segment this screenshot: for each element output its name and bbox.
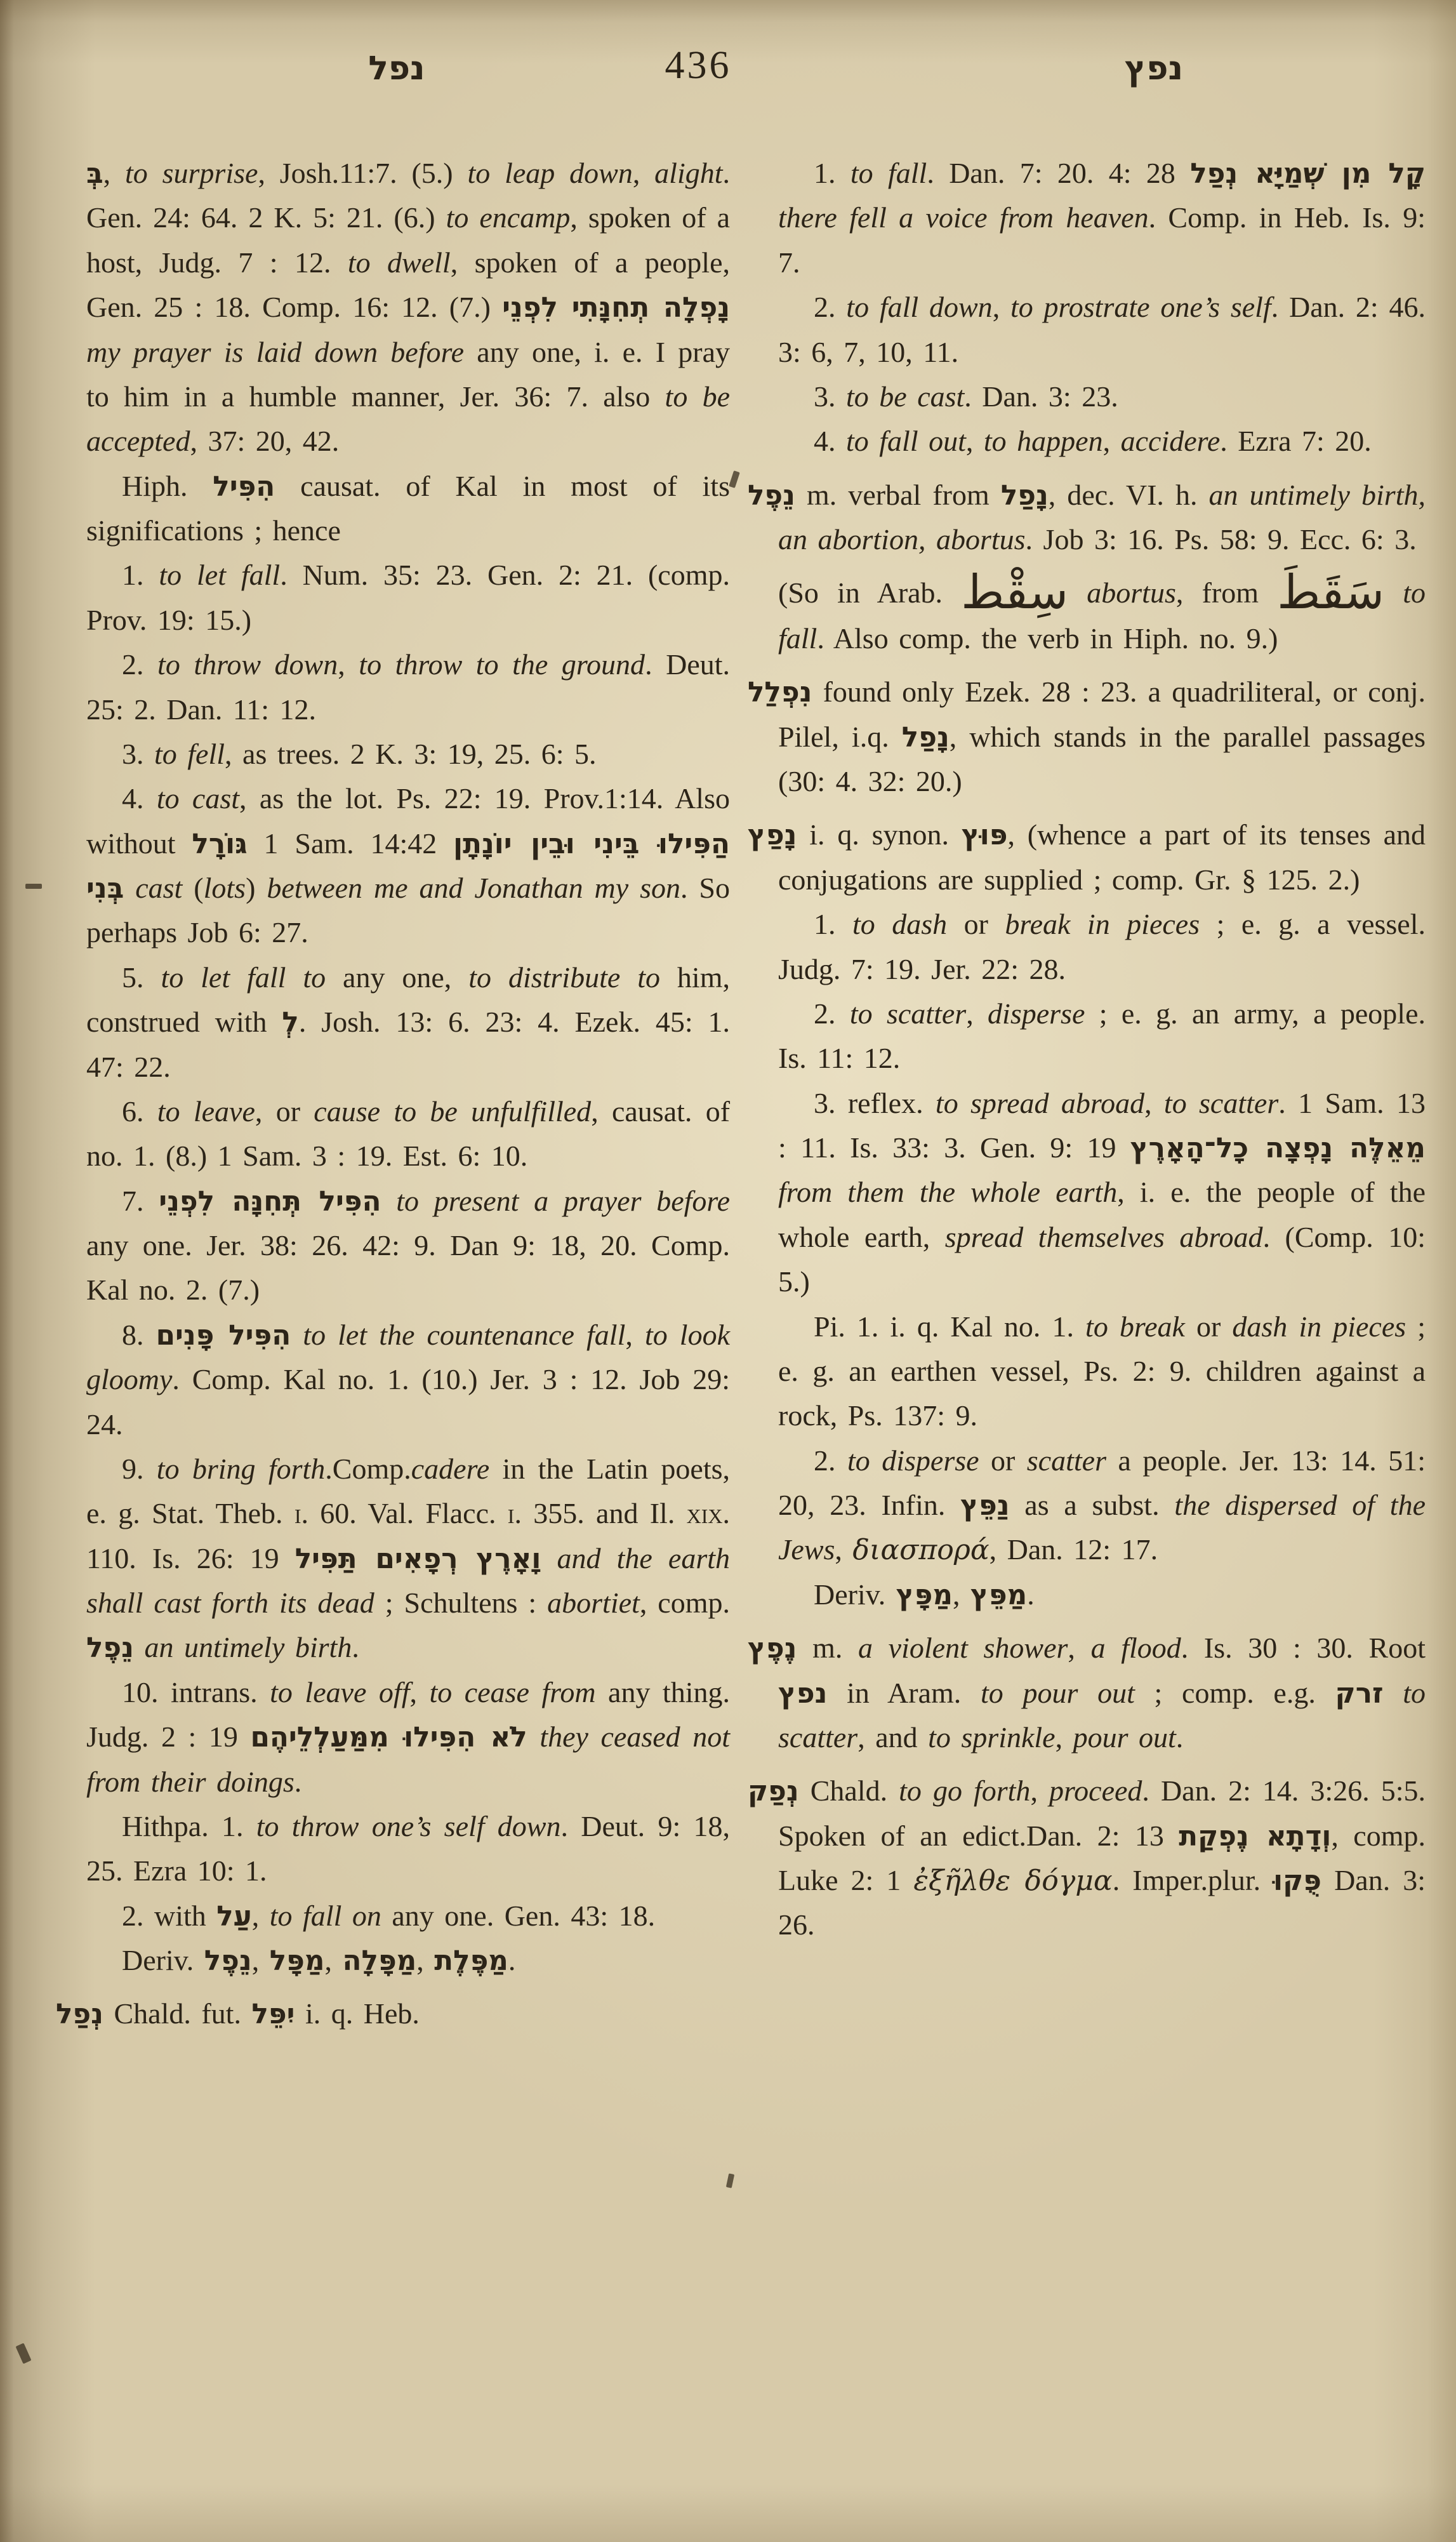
text-run: ( xyxy=(182,872,203,904)
text-run: , xyxy=(966,425,984,457)
lexicon-page: נפל 436 נפץ בְּ, to surprise, Josh.11:7.… xyxy=(0,0,1456,2542)
paragraph: נֶפֶץ m. a violent shower, a flood. Is. … xyxy=(778,1626,1426,1760)
text-run: , xyxy=(633,157,654,189)
paragraph: Pi. 1. i. q. Kal no. 1. to break or dash… xyxy=(778,1305,1426,1439)
italic-run: accidere xyxy=(1121,425,1221,457)
paragraph: 2. to scatter, disperse ; e. g. an army,… xyxy=(778,992,1426,1081)
text-run: i. q. synon. xyxy=(797,818,961,851)
text-run: Pi. 1. i. q. Kal no. 1. xyxy=(814,1310,1085,1343)
paragraph: 4. to cast, as the lot. Ps. 22: 19. Prov… xyxy=(86,776,730,955)
text-run: , xyxy=(1056,1721,1073,1753)
paragraph: 2. with עַל, to fall on any one. Gen. 43… xyxy=(86,1894,730,1938)
text-run: m. xyxy=(797,1632,858,1664)
italic-run: lots xyxy=(204,872,246,904)
italic-run: to be cast xyxy=(846,380,964,413)
italic-run: to throw one’s self down xyxy=(256,1810,561,1842)
text-run: m. verbal from xyxy=(795,479,1001,511)
italic-run: to distribute to xyxy=(468,961,660,994)
italic-run: to throw to the ground xyxy=(359,648,645,681)
italic-run: to fall out xyxy=(846,425,966,457)
hebrew-run: הִפִּיל פָּנִים xyxy=(156,1319,291,1352)
text-run: as a subst. xyxy=(1010,1489,1175,1521)
text-run: or xyxy=(947,908,1005,940)
hebrew-run: נֵפֶל xyxy=(86,1632,134,1664)
italic-run: to let fall to xyxy=(161,961,326,994)
text-run: , xyxy=(1030,1774,1049,1807)
text-run: , xyxy=(993,291,1010,323)
italic-run: a flood xyxy=(1091,1632,1181,1664)
text-run: . Imper.plur. xyxy=(1113,1864,1273,1896)
italic-run: abortiet xyxy=(547,1587,640,1619)
text-run: . xyxy=(1027,1578,1035,1611)
text-run: . xyxy=(352,1631,359,1663)
text-run: any one. Gen. 43: 18. xyxy=(381,1900,655,1932)
italic-run: to break xyxy=(1085,1310,1185,1343)
paragraph: בְּ, to surprise, Josh.11:7. (5.) to lea… xyxy=(86,151,730,464)
text-run: 5. xyxy=(122,961,161,994)
italic-run: to leap down xyxy=(467,157,632,189)
text-run: any one. Jer. 38: 26. 42: 9. Dan 9: 18, … xyxy=(86,1229,730,1306)
text-run: , xyxy=(252,1944,270,1976)
text-run: , 37: 20, 42. xyxy=(190,425,339,457)
italic-run: to dash xyxy=(852,908,947,940)
hebrew-run: לְ xyxy=(282,1006,298,1039)
hebrew-run: מֵאֵלֶּה נָפְצָה כָל־הָאָרֶץ xyxy=(1130,1132,1426,1164)
italic-run: to bring forth xyxy=(157,1453,326,1485)
text-run: , dec. VI. h. xyxy=(1049,479,1209,511)
text-run: 6. xyxy=(122,1095,157,1128)
arabic-run: سِقْط xyxy=(961,566,1068,620)
italic-run: to leave xyxy=(157,1095,255,1128)
text-run: Chald. xyxy=(799,1774,899,1807)
ink-speck xyxy=(25,884,42,889)
italic-run: to disperse xyxy=(847,1444,979,1477)
text-run: , and xyxy=(857,1721,928,1753)
italic-run: cadere xyxy=(411,1453,489,1485)
italic-run: proceed xyxy=(1049,1774,1142,1807)
italic-run: cast xyxy=(135,872,182,904)
hebrew-run: מַפֵּץ xyxy=(970,1579,1027,1611)
paragraph: 5. to let fall to any one, to distribute… xyxy=(86,955,730,1089)
italic-run: an untimely birth xyxy=(144,1631,352,1663)
arabic-run: سَقَطَ xyxy=(1277,566,1384,620)
text-run: . Comp. Kal no. 1. (10.) Jer. 3 : 12. Jo… xyxy=(86,1363,730,1440)
text-run: . xyxy=(1176,1721,1184,1753)
paragraph: 3. to be cast. Dan. 3: 23. xyxy=(778,375,1426,419)
text-run: . Also comp. the verb in Hiph. no. 9.) xyxy=(817,622,1278,655)
text-run: 1 Sam. 14:42 xyxy=(248,827,453,860)
paragraph: (So in Arab. سِقْط abortus, from سَقَطَ … xyxy=(778,569,1426,661)
smallcaps-run: i. xyxy=(508,1497,522,1529)
italic-run: spread themselves abroad xyxy=(945,1221,1263,1253)
italic-run: to let fall xyxy=(159,559,280,591)
text-run: 4. xyxy=(814,425,846,457)
italic-run: from them the whole earth xyxy=(778,1176,1117,1208)
italic-run: to let the countenance fall xyxy=(303,1319,625,1351)
italic-run: to surprise xyxy=(125,157,258,189)
text-run: , Dan. 12: 17. xyxy=(989,1533,1158,1566)
text-run: , xyxy=(325,1944,343,1976)
text-run: any one, xyxy=(326,961,468,994)
text-run: , xyxy=(966,997,988,1030)
text-run: 9. xyxy=(122,1453,157,1485)
italic-run: to fall on xyxy=(270,1900,381,1932)
text-run: 2. xyxy=(814,1444,847,1477)
hebrew-run: זרק xyxy=(1335,1677,1384,1710)
text-run: 2. with xyxy=(122,1900,216,1932)
text-run: 3. reflex. xyxy=(814,1087,936,1119)
paragraph: 9. to bring forth.Comp.cadere in the Lat… xyxy=(86,1447,730,1670)
text-run: . Dan. 3: 23. xyxy=(964,380,1118,413)
text-run: , xyxy=(252,1900,270,1932)
italic-run: abortus xyxy=(1087,577,1176,609)
paragraph: 7. הִפִּיל תְּחִנָּה לִפְנֵי to present … xyxy=(86,1179,730,1313)
paragraph: נְפַל Chald. fut. יִפֵּל i. q. Heb. xyxy=(86,1992,730,2036)
hebrew-run: נְפַל xyxy=(56,1998,103,2030)
text-run: ) xyxy=(246,872,267,904)
paragraph: Deriv. מַפָּץ, מַפֵּץ. xyxy=(778,1573,1426,1617)
column-right: 1. to fall. Dan. 7: 20. 4: 28 קָל מִן שְ… xyxy=(748,151,1426,1948)
text-run: 1. xyxy=(122,559,159,591)
hebrew-run: מַפָּץ xyxy=(896,1579,953,1611)
text-run: , xyxy=(1103,425,1121,457)
text-run: , xyxy=(953,1578,970,1611)
text-run: or xyxy=(979,1444,1027,1477)
text-run: Deriv. xyxy=(814,1578,896,1611)
hebrew-run: נָפַץ xyxy=(748,819,797,851)
page-number: 436 xyxy=(665,43,732,88)
italic-run: scatter xyxy=(1027,1444,1106,1477)
paragraph: 2. to throw down, to throw to the ground… xyxy=(86,642,730,732)
text-run xyxy=(134,1631,145,1663)
italic-run: between me and Jonathan my son xyxy=(267,872,680,904)
text-run: 8. xyxy=(122,1319,156,1351)
text-run: , xyxy=(1068,1632,1090,1664)
italic-run: cause to be unfulfilled xyxy=(314,1095,591,1128)
text-run: . xyxy=(295,1766,302,1798)
text-run: 1. xyxy=(814,157,850,189)
text-run: 10. intrans. xyxy=(122,1676,270,1708)
paragraph: 6. to leave, or cause to be unfulfilled,… xyxy=(86,1089,730,1179)
text-run: Hiph. xyxy=(122,470,213,502)
italic-run: to go forth xyxy=(899,1774,1030,1807)
paragraph: Deriv. נֵפֶל, מַפָּל, מַפָּלָה, מַפֶּלֶת… xyxy=(86,1938,730,1983)
text-run: 4. xyxy=(122,782,157,815)
text-run xyxy=(1384,577,1403,609)
italic-run: to pour out xyxy=(981,1677,1135,1709)
italic-run: to cast xyxy=(157,782,239,815)
text-run xyxy=(527,1720,540,1753)
text-run: .Comp. xyxy=(325,1453,411,1485)
text-run: 3. xyxy=(122,738,154,770)
italic-run: to fall xyxy=(850,157,927,189)
hebrew-run: וְדָתָא נֶפְקַת xyxy=(1179,1820,1331,1853)
text-run: 7. xyxy=(122,1185,159,1217)
text-run: 2. xyxy=(122,648,157,681)
hebrew-run: נפץ xyxy=(778,1677,827,1710)
italic-run: to fell xyxy=(154,738,225,770)
italic-run: to cease from xyxy=(429,1676,595,1708)
hebrew-run: גּוֹרָל xyxy=(192,828,247,860)
text-run: (So in Arab. xyxy=(778,577,961,609)
hebrew-run: נָפְלָה תְחִנָּתִי לִפְנֵי xyxy=(502,291,730,324)
text-run: , comp. xyxy=(640,1587,730,1619)
text-run: , as trees. 2 K. 3: 19, 25. 6: 5. xyxy=(225,738,596,770)
ink-speck xyxy=(16,2343,32,2364)
text-run: , xyxy=(103,157,125,189)
hebrew-run: עַל xyxy=(216,1900,251,1933)
text-run: , Josh.11:7. (5.) xyxy=(258,157,467,189)
paragraph: 8. הִפִּיל פָּנִים to let the countenanc… xyxy=(86,1313,730,1447)
text-run: , xyxy=(338,648,359,681)
text-run: 3. xyxy=(814,380,846,413)
italic-run: to fall down xyxy=(846,291,992,323)
text-run: Chald. fut. xyxy=(103,1997,251,2030)
paragraph: 10. intrans. to leave off, to cease from… xyxy=(86,1670,730,1804)
hebrew-run: נֵפֶל xyxy=(748,479,795,512)
greek-run: ἐξῆλθε δόγμα xyxy=(913,1865,1112,1897)
text-run: i. q. Heb. xyxy=(295,1997,419,2030)
italic-run: to sprinkle xyxy=(928,1721,1055,1753)
hebrew-run: הִפִּיל xyxy=(213,470,275,503)
paragraph: 2. to fall down, to prostrate one’s self… xyxy=(778,285,1426,375)
text-run: Deriv. xyxy=(122,1944,204,1976)
text-run: , xyxy=(1144,1087,1164,1119)
italic-run: to encamp xyxy=(446,201,571,234)
hebrew-run: מַפֶּלֶת xyxy=(434,1945,508,1977)
text-run: 2. xyxy=(814,997,850,1030)
text-run: , xyxy=(416,1944,434,1976)
text-run: 60. Val. Flacc. xyxy=(308,1497,508,1529)
italic-run: to scatter xyxy=(1164,1087,1278,1119)
text-run: , from xyxy=(1176,577,1277,609)
text-run xyxy=(541,1542,557,1574)
ink-speck xyxy=(726,2173,734,2188)
paragraph: Hiph. הִפִּיל causat. of Kal in most of … xyxy=(86,464,730,554)
text-run xyxy=(1068,577,1087,609)
smallcaps-run: xix. xyxy=(687,1497,730,1529)
italic-run: to scatter xyxy=(850,997,966,1030)
paragraph: נְפַק Chald. to go forth, proceed. Dan. … xyxy=(778,1769,1426,1948)
hebrew-run: מַפָּל xyxy=(270,1945,325,1977)
hebrew-run: לֹא הִפִּילוּ מִמַּעַלְלֵיהֶם xyxy=(250,1721,527,1753)
italic-run: alight xyxy=(654,157,722,189)
header-catchword-left: נפל xyxy=(368,50,425,88)
italic-run: there fell a voice from heaven xyxy=(778,201,1149,234)
text-run: 2. xyxy=(814,291,846,323)
paragraph: 4. to fall out, to happen, accidere. Ezr… xyxy=(778,419,1426,463)
paragraph: נָפַץ i. q. synon. פּוּץ, (whence a part… xyxy=(778,813,1426,902)
italic-run: dash in pieces xyxy=(1232,1310,1406,1343)
smallcaps-run: i. xyxy=(295,1497,308,1529)
hebrew-run: נַפֵּץ xyxy=(960,1489,1009,1522)
italic-run: a violent shower xyxy=(858,1632,1068,1664)
hebrew-run: פֻּקוּ xyxy=(1273,1865,1321,1897)
hebrew-run: פּוּץ xyxy=(962,819,1008,851)
italic-run: my prayer is laid down before xyxy=(86,336,464,368)
italic-run: to dwell xyxy=(348,246,451,279)
ink-speck xyxy=(729,470,740,488)
italic-run: to spread abroad xyxy=(936,1087,1144,1119)
hebrew-run: נֶפֶץ xyxy=(748,1632,797,1665)
text-run: 1. xyxy=(814,908,852,940)
hebrew-run: נִפְלַל xyxy=(748,676,812,709)
text-run: ; comp. e.g. xyxy=(1135,1677,1335,1709)
column-left: בְּ, to surprise, Josh.11:7. (5.) to lea… xyxy=(56,151,730,2037)
italic-run: to happen xyxy=(984,425,1103,457)
text-run: , xyxy=(409,1676,429,1708)
text-run: Hithpa. 1. xyxy=(122,1810,256,1842)
hebrew-run: בְּ xyxy=(86,157,103,190)
text-run: or xyxy=(1185,1310,1232,1343)
text-run: ; Schultens : xyxy=(374,1587,547,1619)
italic-run: to prostrate one’s self xyxy=(1010,291,1271,323)
text-run xyxy=(291,1319,303,1351)
italic-run: to throw down xyxy=(157,648,338,681)
paragraph: נֵפֶל m. verbal from נָפַל, dec. VI. h. … xyxy=(778,473,1426,562)
text-run: . Dan. 7: 20. 4: 28 xyxy=(927,157,1190,189)
text-run: 355. and Il. xyxy=(522,1497,687,1529)
italic-run: to leave off xyxy=(270,1676,409,1708)
hebrew-run: נָפַל xyxy=(1001,479,1049,512)
italic-run: to present a prayer before xyxy=(396,1185,730,1217)
hebrew-run: מַפָּלָה xyxy=(343,1945,417,1977)
text-run: 110. Is. 26: 19 xyxy=(86,1542,295,1574)
text-run xyxy=(124,872,135,904)
text-run: . Is. 30 : 30. Root xyxy=(1181,1632,1426,1664)
paragraph: 1. to fall. Dan. 7: 20. 4: 28 קָל מִן שְ… xyxy=(778,151,1426,285)
hebrew-run: יִפֵּל xyxy=(251,1998,295,2030)
italic-run: break in pieces xyxy=(1005,908,1200,940)
text-run: . Ezra 7: 20. xyxy=(1220,425,1372,457)
hebrew-run: נֵפֶל xyxy=(204,1945,252,1977)
paragraph: נִפְלַל found only Ezek. 28 : 23. a quad… xyxy=(778,670,1426,804)
greek-run: διασπορά xyxy=(852,1534,989,1566)
text-run: , xyxy=(835,1533,852,1566)
text-run xyxy=(381,1185,397,1217)
paragraph: 2. to disperse or scatter a people. Jer.… xyxy=(778,1439,1426,1573)
paragraph: 3. reflex. to spread abroad, to scatter.… xyxy=(778,1081,1426,1305)
header-catchword-right: נפץ xyxy=(1125,50,1183,88)
hebrew-run: קָל מִן שְׁמַיָּא נְפַל xyxy=(1190,157,1426,190)
paragraph: 1. to let fall. Num. 35: 23. Gen. 2: 21.… xyxy=(86,553,730,642)
hebrew-run: הִפִּיל תְּחִנָּה לִפְנֵי xyxy=(159,1185,381,1218)
text-run: in Aram. xyxy=(827,1677,981,1709)
text-run: . xyxy=(508,1944,516,1976)
paragraph: 1. to dash or break in pieces ; e. g. a … xyxy=(778,902,1426,992)
hebrew-run: וָאָרֶץ רְפָאִים תַּפִּיל xyxy=(295,1543,541,1575)
hebrew-run: נָפַל xyxy=(902,721,950,754)
page-header: נפל 436 נפץ xyxy=(0,43,1456,113)
text-run: . Job 3: 16. Ps. 58: 9. Ecc. 6: 3. xyxy=(1026,523,1417,556)
text-run: , or xyxy=(255,1095,314,1128)
italic-run: disperse xyxy=(988,997,1085,1030)
italic-run: pour out xyxy=(1073,1721,1176,1753)
hebrew-run: נְפַק xyxy=(748,1775,799,1807)
text-run: , xyxy=(625,1319,645,1351)
paragraph: 3. to fell, as trees. 2 K. 3: 19, 25. 6:… xyxy=(86,732,730,776)
text-run xyxy=(1384,1677,1403,1709)
paragraph: Hithpa. 1. to throw one’s self down. Deu… xyxy=(86,1804,730,1894)
